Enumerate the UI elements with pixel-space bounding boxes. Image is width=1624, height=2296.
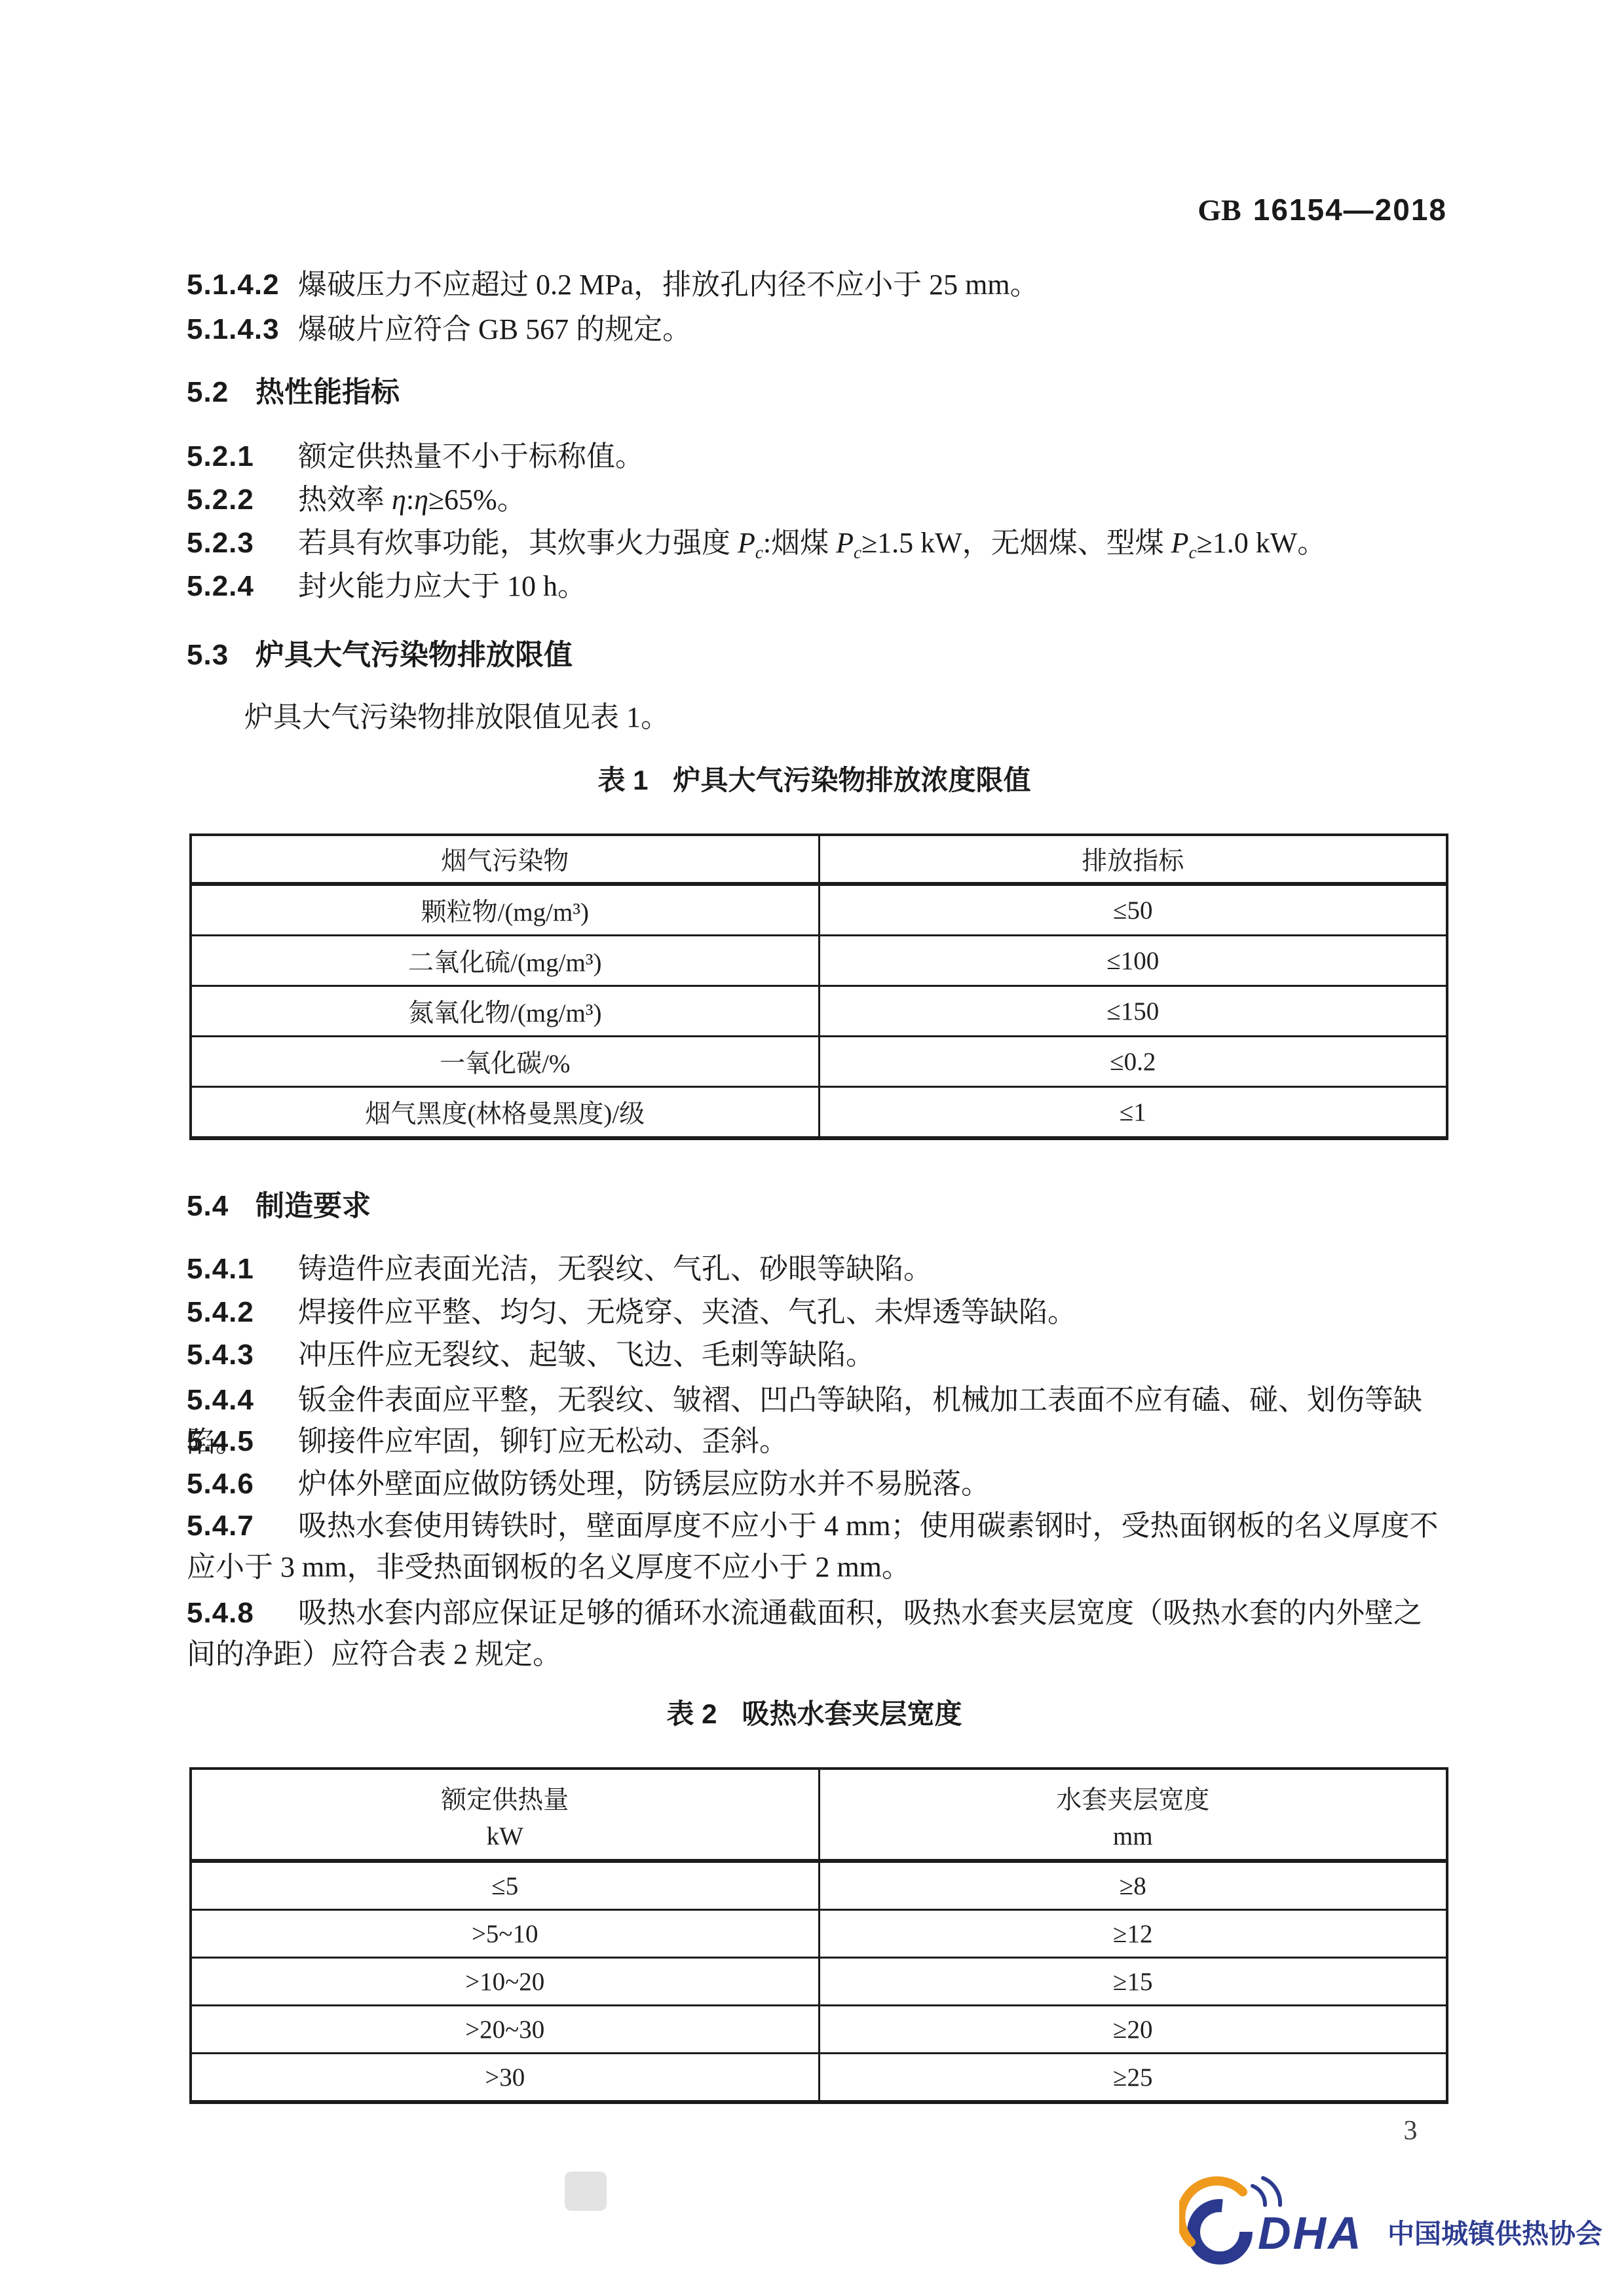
table-cell: ≥8	[819, 1861, 1447, 1910]
clause-number: 5.2.2	[187, 479, 298, 521]
column-header-name: 水套夹层宽度	[820, 1782, 1446, 1820]
column-header: 额定供热量 kW	[191, 1769, 819, 1861]
clause-5-4-6: 5.4.6炉体外壁面应做防锈处理，防锈层应防水并不易脱落。	[187, 1463, 1442, 1505]
clause-text: 吸热水套内部应保证足够的循环水流通截面积，吸热水套夹层宽度（吸热水套的内外壁之间…	[187, 1597, 1422, 1670]
clause-number: 5.1.4.2	[187, 264, 298, 306]
section-title: 炉具大气污染物排放限值	[255, 639, 573, 671]
table-cell: ≤0.2	[819, 1037, 1447, 1087]
table1-title: 炉具大气污染物排放浓度限值	[673, 765, 1031, 795]
clause-number: 5.4.6	[187, 1463, 298, 1505]
table-cell: ≥12	[819, 1910, 1447, 1958]
table2-caption: 表 2吸热水套夹层宽度	[187, 1693, 1442, 1732]
cdha-logo: DHA 中国城镇供热协会	[1179, 2174, 1605, 2276]
document-page: GB16154—2018 5.1.4.2爆破压力不应超过 0.2 MPa，排放孔…	[0, 0, 1624, 2296]
clause-5-4-7: 5.4.7吸热水套使用铸铁时，壁面厚度不应小于 4 mm；使用碳素钢时，受热面钢…	[187, 1505, 1442, 1588]
table-row: 颗粒物/(mg/m³) ≤50	[191, 884, 1447, 936]
table-cell: 一氧化碳/%	[191, 1037, 819, 1087]
standard-code: 16154—2018	[1253, 193, 1447, 227]
table2-wrapper: 额定供热量 kW 水套夹层宽度 mm ≤5 ≥8 >5~10 ≥12	[189, 1767, 1448, 2104]
table-cell: ≤5	[191, 1861, 819, 1910]
paragraph-5-3: 炉具大气污染物排放限值见表 1。	[187, 697, 1442, 738]
table2-title: 吸热水套夹层宽度	[742, 1698, 962, 1729]
eta-symbol: η	[392, 484, 406, 516]
clause-number: 5.4.7	[187, 1505, 298, 1546]
clause-text: 封火能力应大于 10 h。	[298, 570, 586, 602]
table2-label: 表 2	[666, 1698, 717, 1729]
logo-letters: DHA	[1258, 2208, 1363, 2259]
clause-text: 额定供热量不小于标称值。	[298, 440, 644, 472]
clause-5-2-1: 5.2.1额定供热量不小于标称值。	[187, 436, 1442, 478]
table-cell: ≤1	[819, 1087, 1447, 1139]
table-cell: ≥20	[819, 2006, 1447, 2054]
table-row: 烟气黑度(林格曼黑度)/级 ≤1	[191, 1087, 1447, 1139]
table1-wrapper: 烟气污染物 排放指标 颗粒物/(mg/m³) ≤50 二氧化硫/(mg/m³) …	[189, 833, 1448, 1140]
table-row: >20~30 ≥20	[191, 2006, 1447, 2054]
clause-text: 热效率 η:η≥65%。	[298, 484, 526, 516]
table1-caption: 表 1炉具大气污染物排放浓度限值	[187, 759, 1442, 798]
table1-label: 表 1	[597, 765, 648, 795]
table-cell: ≤100	[819, 936, 1447, 986]
clause-number: 5.4.2	[187, 1291, 298, 1333]
column-header-name: 额定供热量	[192, 1782, 818, 1820]
clause-5-1-4-3: 5.1.4.3爆破片应符合 GB 567 的规定。	[187, 309, 1442, 351]
eta-symbol: η	[414, 484, 428, 516]
P-symbol: P	[836, 527, 854, 559]
table-cell: ≤50	[819, 884, 1447, 936]
P-symbol: P	[738, 527, 755, 559]
table-header-row: 额定供热量 kW 水套夹层宽度 mm	[191, 1769, 1447, 1861]
clause-5-2-4: 5.2.4封火能力应大于 10 h。	[187, 565, 1442, 607]
column-header: 排放指标	[819, 835, 1447, 884]
clause-5-4-3: 5.4.3冲压件应无裂纹、起皱、飞边、毛刺等缺陷。	[187, 1334, 1442, 1376]
clause-text: 冲压件应无裂纹、起皱、飞边、毛刺等缺陷。	[298, 1339, 875, 1371]
clause-number: 5.4.8	[187, 1592, 298, 1634]
clause-number: 5.4.5	[187, 1421, 298, 1463]
column-header-unit: mm	[820, 1820, 1446, 1854]
clause-number: 5.2.1	[187, 436, 298, 478]
table-cell: >20~30	[191, 2006, 819, 2054]
clause-text: 爆破片应符合 GB 567 的规定。	[298, 313, 691, 345]
column-header-unit: kW	[192, 1820, 818, 1854]
table-row: ≤5 ≥8	[191, 1861, 1447, 1910]
section-heading-5-3: 5.3炉具大气污染物排放限值	[187, 634, 1442, 676]
table-pollutant-limits: 烟气污染物 排放指标 颗粒物/(mg/m³) ≤50 二氧化硫/(mg/m³) …	[189, 833, 1448, 1140]
clause-text: 铸造件应表面光洁，无裂纹、气孔、砂眼等缺陷。	[298, 1253, 932, 1285]
clause-number: 5.4.4	[187, 1379, 298, 1421]
table-row: 一氧化碳/% ≤0.2	[191, 1037, 1447, 1087]
P-symbol: P	[1171, 527, 1189, 559]
table-cell: 二氧化硫/(mg/m³)	[191, 936, 819, 986]
table-cell: 氮氧化物/(mg/m³)	[191, 986, 819, 1037]
standard-prefix: GB	[1198, 193, 1241, 227]
watermark-square	[565, 2172, 607, 2211]
table-cell: ≥15	[819, 1958, 1447, 2006]
column-header: 水套夹层宽度 mm	[819, 1769, 1447, 1861]
table-row: >5~10 ≥12	[191, 1910, 1447, 1958]
table-cell: 颗粒物/(mg/m³)	[191, 884, 819, 936]
section-number: 5.4	[187, 1185, 255, 1227]
table-cell: 烟气黑度(林格曼黑度)/级	[191, 1087, 819, 1139]
clause-number: 5.2.3	[187, 522, 298, 564]
doc-standard-number: GB16154—2018	[1198, 192, 1447, 227]
clause-text: 焊接件应平整、均匀、无烧穿、夹渣、气孔、未焊透等缺陷。	[298, 1296, 1076, 1328]
table-water-jacket-width: 额定供热量 kW 水套夹层宽度 mm ≤5 ≥8 >5~10 ≥12	[189, 1767, 1448, 2104]
section-heading-5-2: 5.2热性能指标	[187, 372, 1442, 413]
clause-number: 5.4.1	[187, 1248, 298, 1290]
cdha-logo-graphic: DHA 中国城镇供热协会	[1179, 2174, 1605, 2272]
table-header-row: 烟气污染物 排放指标	[191, 835, 1447, 884]
table-cell: ≤150	[819, 986, 1447, 1037]
section-heading-5-4: 5.4制造要求	[187, 1185, 1442, 1227]
table-cell: ≥25	[819, 2054, 1447, 2103]
clause-text: 铆接件应牢固，铆钉应无松动、歪斜。	[298, 1425, 788, 1457]
column-header: 烟气污染物	[191, 835, 819, 884]
table-row: >10~20 ≥15	[191, 1958, 1447, 2006]
clause-5-4-8: 5.4.8吸热水套内部应保证足够的循环水流通截面积，吸热水套夹层宽度（吸热水套的…	[187, 1592, 1442, 1675]
logo-org-name: 中国城镇供热协会	[1388, 2218, 1602, 2249]
clause-5-4-5: 5.4.5铆接件应牢固，铆钉应无松动、歪斜。	[187, 1421, 1442, 1463]
table-row: >30 ≥25	[191, 2054, 1447, 2103]
clause-text: 若具有炊事功能，其炊事火力强度 Pc:烟煤 Pc≥1.5 kW，无烟煤、型煤 P…	[298, 527, 1326, 559]
clause-5-4-2: 5.4.2焊接件应平整、均匀、无烧穿、夹渣、气孔、未焊透等缺陷。	[187, 1291, 1442, 1333]
clause-number: 5.2.4	[187, 565, 298, 607]
clause-5-1-4-2: 5.1.4.2爆破压力不应超过 0.2 MPa，排放孔内径不应小于 25 mm。	[187, 264, 1442, 306]
clause-text: 吸热水套使用铸铁时，壁面厚度不应小于 4 mm；使用碳素钢时，受热面钢板的名义厚…	[187, 1510, 1438, 1583]
table-row: 二氧化硫/(mg/m³) ≤100	[191, 936, 1447, 986]
section-title: 热性能指标	[255, 376, 400, 408]
table-cell: >5~10	[191, 1910, 819, 1958]
section-title: 制造要求	[255, 1190, 371, 1222]
clause-number: 5.1.4.3	[187, 309, 298, 351]
section-number: 5.2	[187, 372, 255, 413]
clause-text: 炉体外壁面应做防锈处理，防锈层应防水并不易脱落。	[298, 1468, 990, 1500]
table-cell: >30	[191, 2054, 819, 2103]
table-row: 氮氧化物/(mg/m³) ≤150	[191, 986, 1447, 1037]
clause-text: 爆破压力不应超过 0.2 MPa，排放孔内径不应小于 25 mm。	[298, 269, 1039, 301]
section-number: 5.3	[187, 634, 255, 676]
clause-5-2-2: 5.2.2热效率 η:η≥65%。	[187, 479, 1442, 521]
clause-number: 5.4.3	[187, 1334, 298, 1376]
page-number: 3	[1388, 2115, 1433, 2147]
table-cell: >10~20	[191, 1958, 819, 2006]
clause-5-4-1: 5.4.1铸造件应表面光洁，无裂纹、气孔、砂眼等缺陷。	[187, 1248, 1442, 1290]
